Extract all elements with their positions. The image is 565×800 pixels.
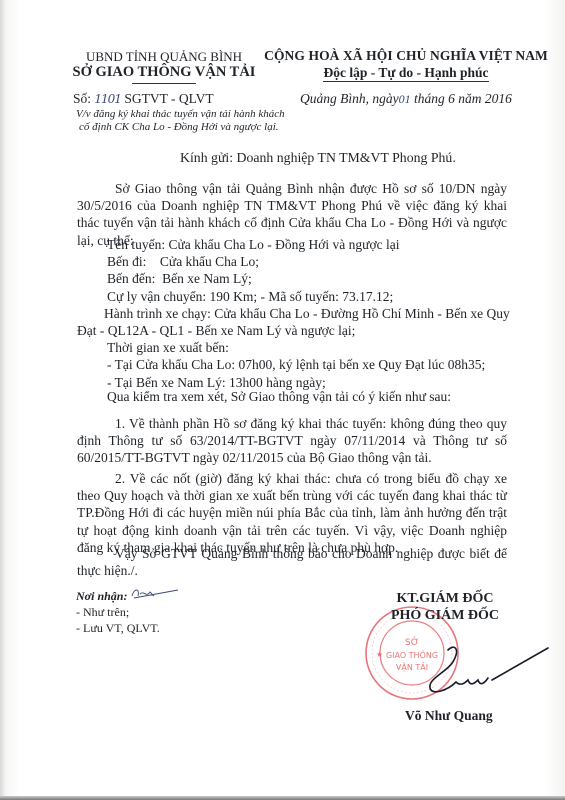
nation-title: CỘNG HOÀ XÃ HỘI CHỦ NGHĨA VIỆT NAM bbox=[256, 48, 556, 64]
national-motto: Độc lập - Tự do - Hạnh phúc bbox=[323, 64, 488, 82]
signer-name: Võ Như Quang bbox=[405, 708, 493, 724]
document-number: Số: 1101 SGTVT - QLVT bbox=[73, 91, 214, 107]
agency-name: SỞ GIAO THÔNG VẬN TẢI bbox=[60, 64, 268, 81]
signer-title-2: PHÓ GIÁM ĐỐC bbox=[370, 607, 520, 624]
detail-itinerary: Hành trình xe chạy: Cửa khẩu Cha Lo - Đư… bbox=[77, 305, 507, 322]
detail-schedule-title: Thời gian xe xuất bến: bbox=[77, 339, 507, 356]
signer-title-1: KT.GIÁM ĐỐC bbox=[370, 590, 520, 607]
signature-scribble-icon bbox=[420, 640, 550, 700]
route-details: Tên tuyến: Cửa khẩu Cha Lo - Đồng Hới và… bbox=[77, 236, 507, 391]
subject-line-1: V/v đăng ký khai thác tuyến vận tải hành… bbox=[76, 108, 316, 121]
review-intro-text: Qua kiểm tra xem xét, Sở Giao thông vận … bbox=[77, 388, 507, 405]
point-2-text: 2. Về các nốt (giờ) đăng ký khai thác: c… bbox=[77, 470, 507, 556]
detail-itinerary-cont: Đạt - QL12A - QL1 - Bến xe Nam Lý và ngư… bbox=[77, 322, 507, 339]
agency-parent: UBND TỈNH QUẢNG BÌNH bbox=[60, 49, 268, 64]
subject-line: V/v đăng ký khai thác tuyến vận tải hành… bbox=[76, 108, 316, 134]
svg-text:★: ★ bbox=[376, 650, 383, 659]
point-1: 1. Về thành phần Hồ sơ đăng ký khai thác… bbox=[77, 415, 507, 467]
recipient-item: - Lưu VT, QLVT. bbox=[76, 620, 160, 636]
subject-line-2: cố định CK Cha Lo - Đồng Hới và ngược lạ… bbox=[76, 121, 316, 134]
document-date: Quảng Bình, ngày01 tháng 6 năm 2016 bbox=[300, 91, 512, 107]
initials-scribble-icon bbox=[130, 586, 180, 602]
svg-text:SỞ: SỞ bbox=[405, 636, 419, 648]
closing-paragraph: Vậy Sở GTVT Quảng Bình thông báo cho Doa… bbox=[77, 545, 507, 579]
date-place: Quảng Bình, ngày bbox=[300, 91, 399, 106]
detail-route-name: Tên tuyến: Cửa khẩu Cha Lo - Đồng Hới và… bbox=[77, 236, 507, 253]
agency-underline bbox=[132, 83, 196, 84]
review-intro: Qua kiểm tra xem xét, Sở Giao thông vận … bbox=[77, 388, 507, 405]
point-1-text: 1. Về thành phần Hồ sơ đăng ký khai thác… bbox=[77, 415, 507, 467]
detail-schedule-chalo: - Tại Cửa khẩu Cha Lo: 07h00, ký lệnh tạ… bbox=[77, 356, 507, 373]
number-label: Số: bbox=[73, 91, 91, 106]
detail-distance: Cự ly vận chuyển: 190 Km; - Mã số tuyến:… bbox=[77, 288, 507, 305]
handwritten-number: 1101 bbox=[94, 92, 121, 106]
recipient-line: Kính gửi: Doanh nghiệp TN TM&VT Phong Ph… bbox=[180, 150, 456, 166]
recipient-item: - Như trên; bbox=[76, 604, 160, 620]
signature-block: KT.GIÁM ĐỐC PHÓ GIÁM ĐỐC bbox=[370, 590, 520, 624]
number-code: SGTVT - QLVT bbox=[124, 91, 213, 106]
document-page: UBND TỈNH QUẢNG BÌNH SỞ GIAO THÔNG VẬN T… bbox=[0, 0, 565, 800]
date-day: 01 bbox=[399, 92, 411, 106]
detail-arrival: Bến đến: Bến xe Nam Lý; bbox=[77, 270, 507, 287]
agency-header: UBND TỈNH QUẢNG BÌNH SỞ GIAO THÔNG VẬN T… bbox=[60, 49, 268, 84]
closing-text: Vậy Sở GTVT Quảng Bình thông báo cho Doa… bbox=[77, 545, 507, 579]
date-rest: tháng 6 năm 2016 bbox=[414, 91, 512, 106]
detail-departure: Bến đi: Cửa khẩu Cha Lo; bbox=[77, 253, 507, 270]
point-2: 2. Về các nốt (giờ) đăng ký khai thác: c… bbox=[77, 470, 507, 556]
national-header: CỘNG HOÀ XÃ HỘI CHỦ NGHĨA VIỆT NAM Độc l… bbox=[256, 48, 556, 82]
